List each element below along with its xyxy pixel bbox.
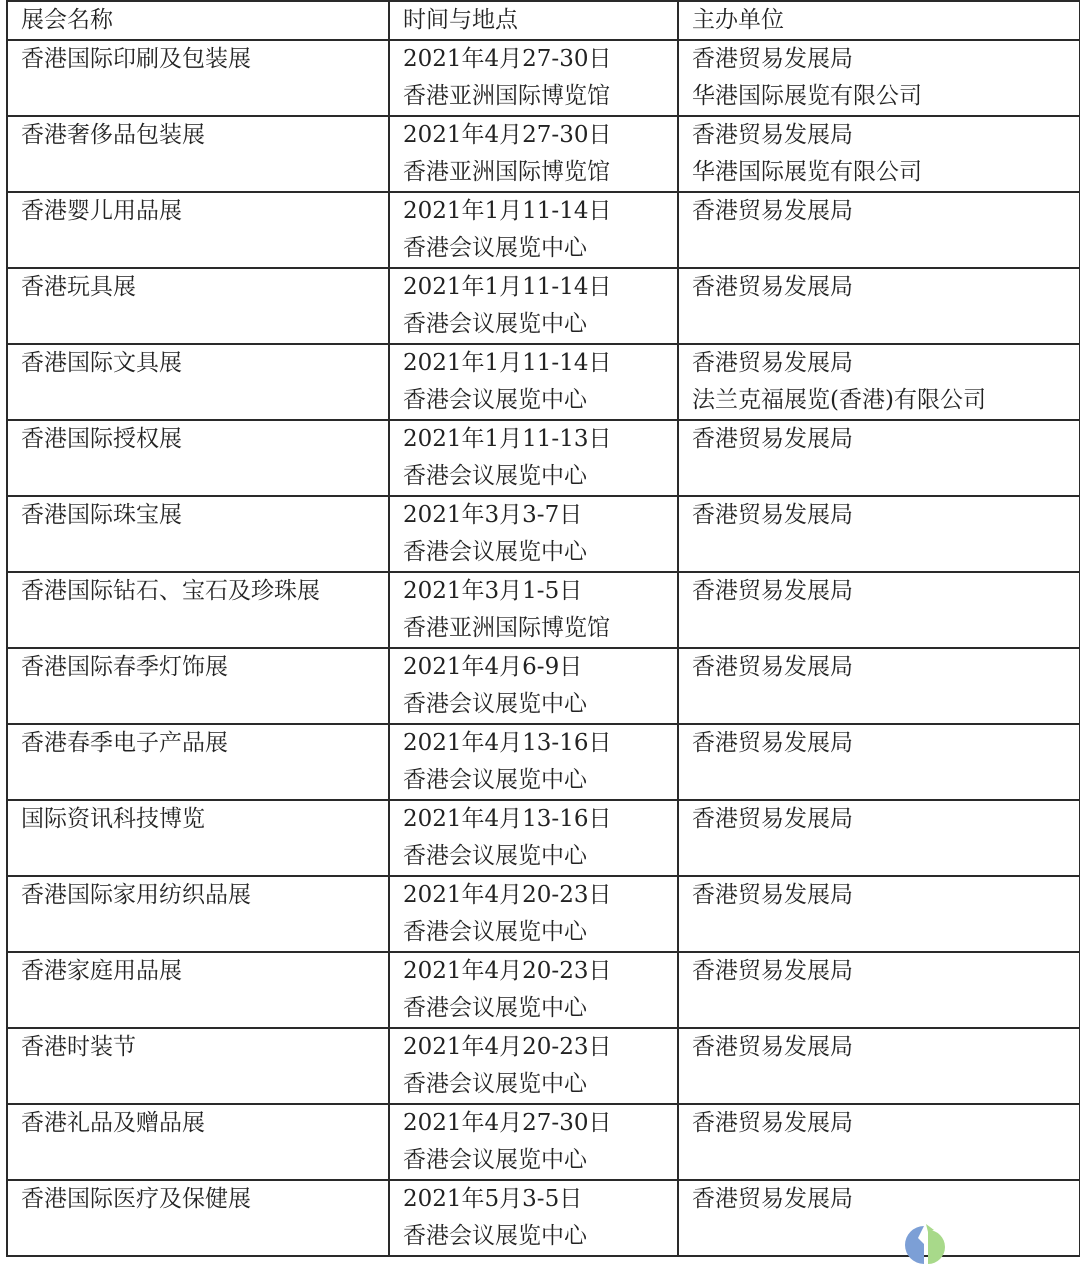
exhibition-venue: 香港亚洲国际博览馆 bbox=[403, 610, 677, 647]
exhibition-venue: 香港会议展览中心 bbox=[403, 838, 677, 875]
table-row: 香港国际印刷及包装展2021年4月27-30日香港亚洲国际博览馆香港贸易发展局华… bbox=[7, 40, 1080, 116]
time-place-cell: 2021年1月11-13日香港会议展览中心 bbox=[389, 420, 678, 496]
organizer-cell: 香港贸易发展局 bbox=[678, 268, 1080, 344]
table-row: 香港国际珠宝展2021年3月3-7日香港会议展览中心香港贸易发展局 bbox=[7, 496, 1080, 572]
time-place-cell: 2021年4月27-30日香港亚洲国际博览馆 bbox=[389, 40, 678, 116]
organizer-cell: 香港贸易发展局 bbox=[678, 952, 1080, 1028]
organizer-primary: 香港贸易发展局 bbox=[692, 1029, 1079, 1066]
time-place-cell: 2021年4月13-16日香港会议展览中心 bbox=[389, 800, 678, 876]
organizer-primary: 香港贸易发展局 bbox=[692, 497, 1079, 534]
organizer-secondary: 法兰克福展览(香港)有限公司 bbox=[692, 382, 1079, 419]
time-place-cell: 2021年4月13-16日香港会议展览中心 bbox=[389, 724, 678, 800]
table-row: 香港奢侈品包装展2021年4月27-30日香港亚洲国际博览馆香港贸易发展局华港国… bbox=[7, 116, 1080, 192]
exhibition-name: 香港国际家用纺织品展 bbox=[21, 877, 388, 914]
exhibition-name-cell: 香港家庭用品展 bbox=[7, 952, 389, 1028]
table-row: 香港国际春季灯饰展2021年4月6-9日香港会议展览中心香港贸易发展局 bbox=[7, 648, 1080, 724]
time-place-cell: 2021年4月27-30日香港亚洲国际博览馆 bbox=[389, 116, 678, 192]
exhibition-date: 2021年3月1-5日 bbox=[403, 573, 677, 610]
exhibition-name: 国际资讯科技博览 bbox=[21, 801, 388, 838]
exhibition-venue: 香港会议展览中心 bbox=[403, 534, 677, 571]
organizer-cell: 香港贸易发展局法兰克福展览(香港)有限公司 bbox=[678, 344, 1080, 420]
organizer-cell: 香港贸易发展局 bbox=[678, 496, 1080, 572]
organizer-cell: 香港贸易发展局 bbox=[678, 1028, 1080, 1104]
exhibition-name-cell: 香港国际珠宝展 bbox=[7, 496, 389, 572]
exhibition-venue: 香港亚洲国际博览馆 bbox=[403, 154, 677, 191]
exhibition-name: 香港国际珠宝展 bbox=[21, 497, 388, 534]
organizer-cell: 香港贸易发展局 bbox=[678, 876, 1080, 952]
time-place-cell: 2021年4月27-30日香港会议展览中心 bbox=[389, 1104, 678, 1180]
organizer-primary: 香港贸易发展局 bbox=[692, 801, 1079, 838]
organizer-primary: 香港贸易发展局 bbox=[692, 269, 1079, 306]
table-row: 香港国际授权展2021年1月11-13日香港会议展览中心香港贸易发展局 bbox=[7, 420, 1080, 496]
header-time-and-place: 时间与地点 bbox=[389, 1, 678, 40]
exhibition-venue: 香港会议展览中心 bbox=[403, 1066, 677, 1103]
exhibition-name: 香港国际医疗及保健展 bbox=[21, 1181, 388, 1218]
organizer-cell: 香港贸易发展局 bbox=[678, 572, 1080, 648]
exhibition-date: 2021年4月20-23日 bbox=[403, 953, 677, 990]
exhibition-venue: 香港会议展览中心 bbox=[403, 914, 677, 951]
exhibition-date: 2021年5月3-5日 bbox=[403, 1181, 677, 1218]
exhibition-name-cell: 香港国际春季灯饰展 bbox=[7, 648, 389, 724]
exhibition-name-cell: 香港春季电子产品展 bbox=[7, 724, 389, 800]
exhibition-date: 2021年4月27-30日 bbox=[403, 117, 677, 154]
exhibition-name-cell: 香港时装节 bbox=[7, 1028, 389, 1104]
organizer-primary: 香港贸易发展局 bbox=[692, 1181, 1079, 1218]
organizer-cell: 香港贸易发展局 bbox=[678, 1104, 1080, 1180]
organizer-primary: 香港贸易发展局 bbox=[692, 725, 1079, 762]
exhibition-name: 香港国际文具展 bbox=[21, 345, 388, 382]
table-row: 香港时装节2021年4月20-23日香港会议展览中心香港贸易发展局 bbox=[7, 1028, 1080, 1104]
time-place-cell: 2021年1月11-14日香港会议展览中心 bbox=[389, 344, 678, 420]
exhibition-name: 香港春季电子产品展 bbox=[21, 725, 388, 762]
exhibition-date: 2021年1月11-13日 bbox=[403, 421, 677, 458]
exhibition-venue: 香港会议展览中心 bbox=[403, 1218, 677, 1255]
exhibition-venue: 香港会议展览中心 bbox=[403, 458, 677, 495]
exhibition-date: 2021年3月3-7日 bbox=[403, 497, 677, 534]
organizer-cell: 香港贸易发展局 bbox=[678, 1180, 1080, 1256]
exhibition-name: 香港时装节 bbox=[21, 1029, 388, 1066]
table-row: 香港国际文具展2021年1月11-14日香港会议展览中心香港贸易发展局法兰克福展… bbox=[7, 344, 1080, 420]
time-place-cell: 2021年4月20-23日香港会议展览中心 bbox=[389, 1028, 678, 1104]
organizer-primary: 香港贸易发展局 bbox=[692, 421, 1079, 458]
exhibition-venue: 香港会议展览中心 bbox=[403, 686, 677, 723]
exhibition-name-cell: 国际资讯科技博览 bbox=[7, 800, 389, 876]
table-row: 国际资讯科技博览2021年4月13-16日香港会议展览中心香港贸易发展局 bbox=[7, 800, 1080, 876]
time-place-cell: 2021年3月3-7日香港会议展览中心 bbox=[389, 496, 678, 572]
organizer-cell: 香港贸易发展局 bbox=[678, 724, 1080, 800]
exhibition-name-cell: 香港国际钻石、宝石及珍珠展 bbox=[7, 572, 389, 648]
organizer-primary: 香港贸易发展局 bbox=[692, 41, 1079, 78]
table-row: 香港国际钻石、宝石及珍珠展2021年3月1-5日香港亚洲国际博览馆香港贸易发展局 bbox=[7, 572, 1080, 648]
exhibition-date: 2021年4月13-16日 bbox=[403, 801, 677, 838]
exhibition-date: 2021年4月20-23日 bbox=[403, 1029, 677, 1066]
organizer-cell: 香港贸易发展局华港国际展览有限公司 bbox=[678, 116, 1080, 192]
time-place-cell: 2021年3月1-5日香港亚洲国际博览馆 bbox=[389, 572, 678, 648]
organizer-cell: 香港贸易发展局 bbox=[678, 192, 1080, 268]
header-organizer: 主办单位 bbox=[678, 1, 1080, 40]
exhibition-venue: 香港会议展览中心 bbox=[403, 306, 677, 343]
brand-logo-icon bbox=[904, 1222, 950, 1268]
exhibition-name-cell: 香港奢侈品包装展 bbox=[7, 116, 389, 192]
exhibition-venue: 香港亚洲国际博览馆 bbox=[403, 78, 677, 115]
organizer-secondary: 华港国际展览有限公司 bbox=[692, 154, 1079, 191]
time-place-cell: 2021年5月3-5日香港会议展览中心 bbox=[389, 1180, 678, 1256]
organizer-primary: 香港贸易发展局 bbox=[692, 877, 1079, 914]
organizer-primary: 香港贸易发展局 bbox=[692, 573, 1079, 610]
exhibition-name-cell: 香港国际医疗及保健展 bbox=[7, 1180, 389, 1256]
time-place-cell: 2021年4月6-9日香港会议展览中心 bbox=[389, 648, 678, 724]
exhibition-date: 2021年4月27-30日 bbox=[403, 41, 677, 78]
exhibition-name: 香港礼品及赠品展 bbox=[21, 1105, 388, 1142]
exhibition-name-cell: 香港玩具展 bbox=[7, 268, 389, 344]
organizer-cell: 香港贸易发展局华港国际展览有限公司 bbox=[678, 40, 1080, 116]
exhibition-name: 香港婴儿用品展 bbox=[21, 193, 388, 230]
table-row: 香港春季电子产品展2021年4月13-16日香港会议展览中心香港贸易发展局 bbox=[7, 724, 1080, 800]
exhibition-name-cell: 香港国际授权展 bbox=[7, 420, 389, 496]
organizer-primary: 香港贸易发展局 bbox=[692, 953, 1079, 990]
table-row: 香港家庭用品展2021年4月20-23日香港会议展览中心香港贸易发展局 bbox=[7, 952, 1080, 1028]
time-place-cell: 2021年4月20-23日香港会议展览中心 bbox=[389, 876, 678, 952]
exhibition-date: 2021年4月6-9日 bbox=[403, 649, 677, 686]
organizer-secondary: 华港国际展览有限公司 bbox=[692, 78, 1079, 115]
exhibition-name-cell: 香港国际文具展 bbox=[7, 344, 389, 420]
exhibition-date: 2021年1月11-14日 bbox=[403, 269, 677, 306]
exhibition-venue: 香港会议展览中心 bbox=[403, 382, 677, 419]
exhibition-name: 香港国际授权展 bbox=[21, 421, 388, 458]
organizer-cell: 香港贸易发展局 bbox=[678, 800, 1080, 876]
exhibition-venue: 香港会议展览中心 bbox=[403, 1142, 677, 1179]
exhibition-date: 2021年4月13-16日 bbox=[403, 725, 677, 762]
table-row: 香港礼品及赠品展2021年4月27-30日香港会议展览中心香港贸易发展局 bbox=[7, 1104, 1080, 1180]
organizer-primary: 香港贸易发展局 bbox=[692, 1105, 1079, 1142]
exhibitions-table: 展会名称 时间与地点 主办单位 香港国际印刷及包装展2021年4月27-30日香… bbox=[6, 0, 1080, 1257]
organizer-cell: 香港贸易发展局 bbox=[678, 420, 1080, 496]
exhibition-name: 香港玩具展 bbox=[21, 269, 388, 306]
exhibition-date: 2021年4月20-23日 bbox=[403, 877, 677, 914]
exhibition-name: 香港国际钻石、宝石及珍珠展 bbox=[21, 573, 388, 610]
exhibition-name: 香港奢侈品包装展 bbox=[21, 117, 388, 154]
organizer-primary: 香港贸易发展局 bbox=[692, 345, 1079, 382]
table-row: 香港国际家用纺织品展2021年4月20-23日香港会议展览中心香港贸易发展局 bbox=[7, 876, 1080, 952]
exhibition-name: 香港国际印刷及包装展 bbox=[21, 41, 388, 78]
header-exhibition-name: 展会名称 bbox=[7, 1, 389, 40]
time-place-cell: 2021年1月11-14日香港会议展览中心 bbox=[389, 192, 678, 268]
exhibition-name: 香港国际春季灯饰展 bbox=[21, 649, 388, 686]
table-header-row: 展会名称 时间与地点 主办单位 bbox=[7, 1, 1080, 40]
organizer-primary: 香港贸易发展局 bbox=[692, 193, 1079, 230]
exhibition-name-cell: 香港婴儿用品展 bbox=[7, 192, 389, 268]
exhibition-name-cell: 香港国际印刷及包装展 bbox=[7, 40, 389, 116]
exhibition-name: 香港家庭用品展 bbox=[21, 953, 388, 990]
exhibition-name-cell: 香港国际家用纺织品展 bbox=[7, 876, 389, 952]
exhibition-date: 2021年4月27-30日 bbox=[403, 1105, 677, 1142]
exhibition-venue: 香港会议展览中心 bbox=[403, 990, 677, 1027]
exhibition-venue: 香港会议展览中心 bbox=[403, 230, 677, 267]
exhibition-venue: 香港会议展览中心 bbox=[403, 762, 677, 799]
organizer-cell: 香港贸易发展局 bbox=[678, 648, 1080, 724]
exhibition-date: 2021年1月11-14日 bbox=[403, 193, 677, 230]
organizer-primary: 香港贸易发展局 bbox=[692, 649, 1079, 686]
table-row: 香港婴儿用品展2021年1月11-14日香港会议展览中心香港贸易发展局 bbox=[7, 192, 1080, 268]
exhibition-name-cell: 香港礼品及赠品展 bbox=[7, 1104, 389, 1180]
table-row: 香港玩具展2021年1月11-14日香港会议展览中心香港贸易发展局 bbox=[7, 268, 1080, 344]
organizer-primary: 香港贸易发展局 bbox=[692, 117, 1079, 154]
time-place-cell: 2021年4月20-23日香港会议展览中心 bbox=[389, 952, 678, 1028]
time-place-cell: 2021年1月11-14日香港会议展览中心 bbox=[389, 268, 678, 344]
exhibition-date: 2021年1月11-14日 bbox=[403, 345, 677, 382]
